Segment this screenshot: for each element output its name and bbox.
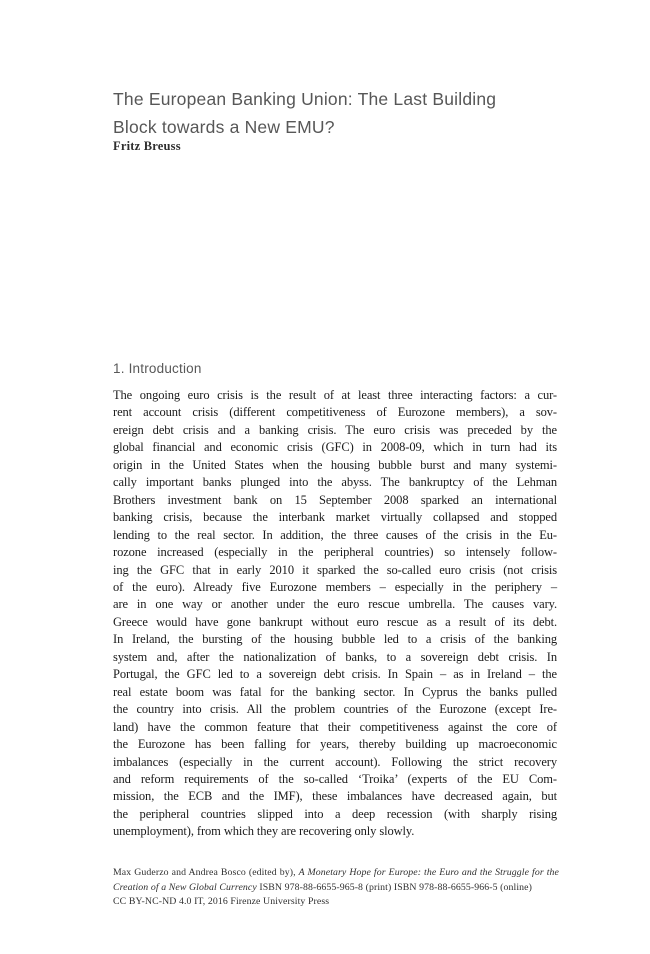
paper-page: The European Banking Union: The Last Bui… [0,0,650,954]
body-line: banking crisis, because the interbank ma… [113,509,557,526]
body-line: rent account crisis (different competiti… [113,404,557,421]
body-line: Brothers investment bank on 15 September… [113,492,557,509]
body-line: Greece would have gone bankrupt without … [113,614,557,631]
body-line: The ongoing euro crisis is the result of… [113,387,557,404]
paper-title: The European Banking Union: The Last Bui… [113,85,603,141]
body-line: system and, after the nationalization of… [113,649,557,666]
footer-line: CC BY-NC-ND 4.0 IT, 2016 Firenze Univers… [113,895,559,910]
body-line: ing the GFC that in early 2010 it sparke… [113,562,557,579]
footer-line: Creation of a New Global Currency ISBN 9… [113,881,559,896]
body-line: of the euro). Already five Eurozone memb… [113,579,557,596]
footer-text: ISBN 978-88-6655-965-8 (print) ISBN 978-… [257,882,532,893]
paper-author: Fritz Breuss [113,139,181,154]
body-line: and reform requirements of the so-called… [113,771,557,788]
body-line: cally important banks plunged into the a… [113,474,557,491]
body-line: land) have the common feature that their… [113,719,557,736]
body-line: imbalances (especially in the current ac… [113,754,557,771]
body-line: are in one way or another under the euro… [113,596,557,613]
body-paragraph: The ongoing euro crisis is the result of… [113,387,557,841]
footer-line: Max Guderzo and Andrea Bosco (edited by)… [113,866,559,881]
footer-text: CC BY-NC-ND 4.0 IT, 2016 Firenze Univers… [113,896,329,907]
body-line: lending to the real sector. In addition,… [113,527,557,544]
body-line: the Eurozone has been falling for years,… [113,736,557,753]
section-heading: 1. Introduction [113,361,202,376]
body-line: ereign debt crisis and a banking crisis.… [113,422,557,439]
body-line: global financial and economic crisis (GF… [113,439,557,456]
body-line: In Ireland, the bursting of the housing … [113,631,557,648]
body-line: mission, the ECB and the IMF), these imb… [113,788,557,805]
paper-title-line-1: The European Banking Union: The Last Bui… [113,85,603,113]
body-line: rozone increased (especially in the peri… [113,544,557,561]
body-line: origin in the United States when the hou… [113,457,557,474]
body-line: real estate boom was fatal for the banki… [113,684,557,701]
imprint-footer: Max Guderzo and Andrea Bosco (edited by)… [113,866,559,910]
body-line: Portugal, the GFC led to a sovereign deb… [113,666,557,683]
book-title-italic: A Monetary Hope for Europe: the Euro and… [299,867,559,878]
book-title-italic: Creation of a New Global Currency [113,882,257,893]
body-line: the country into crisis. All the problem… [113,701,557,718]
paper-title-line-2: Block towards a New EMU? [113,113,603,141]
body-line: unemployment), from which they are recov… [113,823,557,840]
footer-text: Max Guderzo and Andrea Bosco (edited by)… [113,867,299,878]
body-line: the peripheral countries slipped into a … [113,806,557,823]
